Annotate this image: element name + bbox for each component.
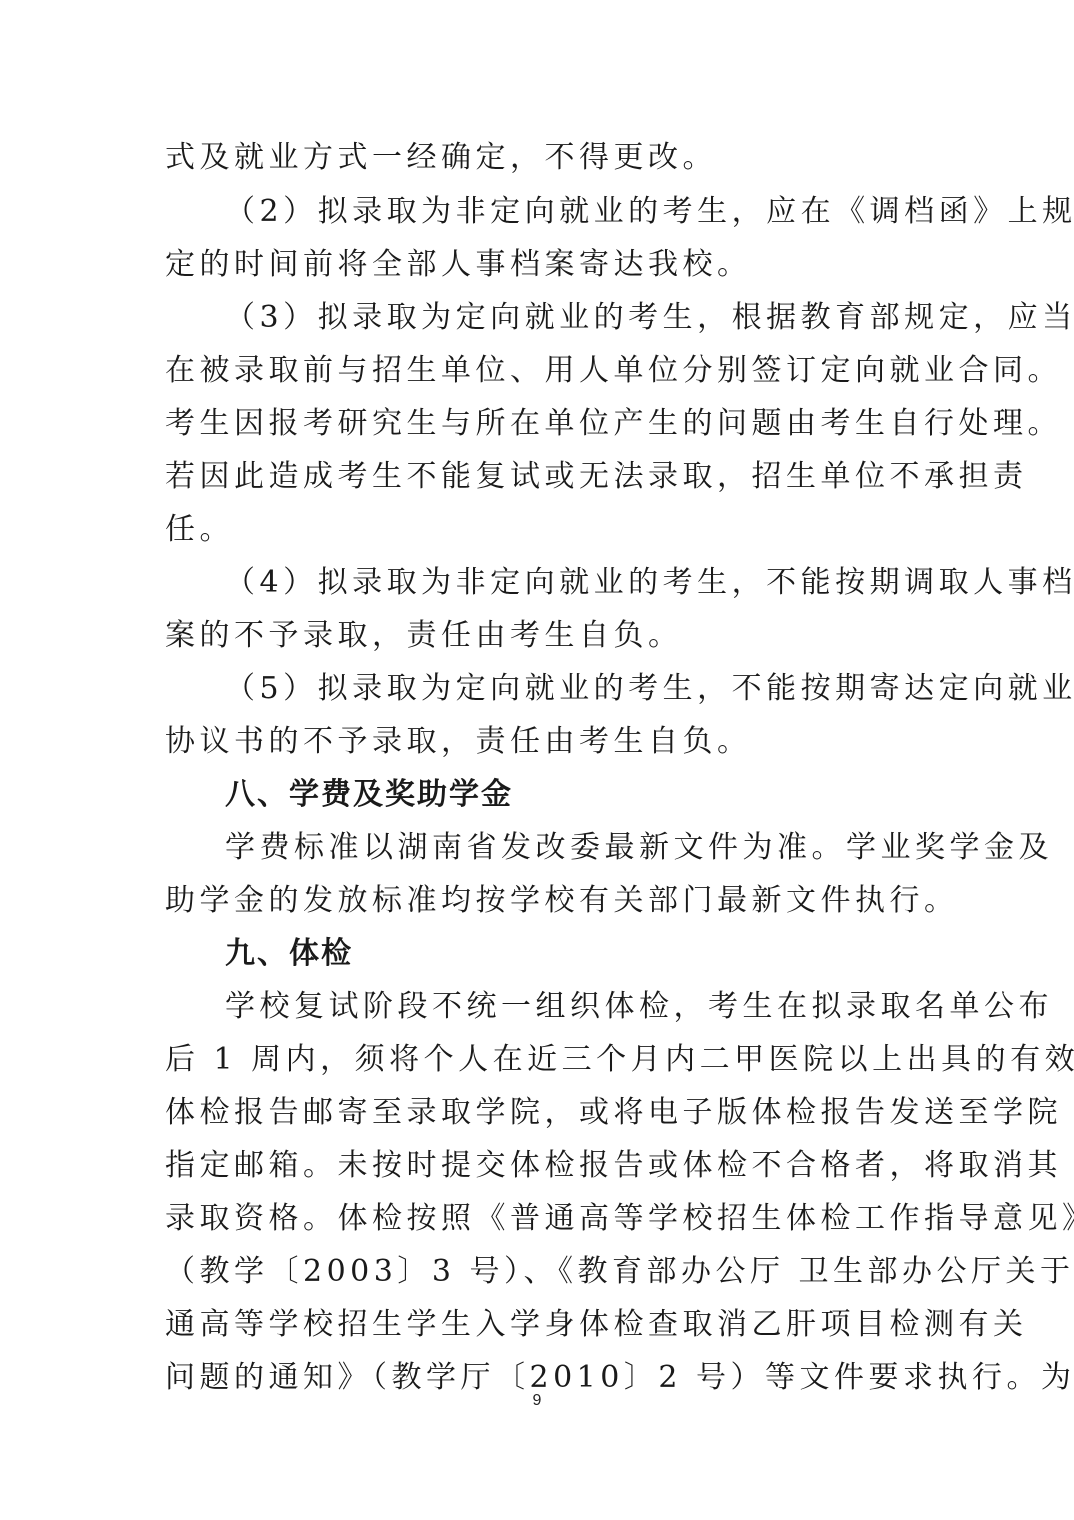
paragraph-line: 学校复试阶段不统一组织体检，考生在拟录取名单公布	[225, 987, 913, 1027]
paragraph-line: 式及就业方式一经确定，不得更改。	[165, 138, 913, 178]
paragraph-line: 学费标准以湖南省发改委最新文件为准。学业奖学金及	[225, 828, 913, 868]
paragraph-line: （2）拟录取为非定向就业的考生，应在《调档函》上规	[225, 192, 913, 232]
section-heading: 八、学费及奖助学金	[225, 775, 913, 815]
paragraph-line: 通高等学校招生学生入学身体检查取消乙肝项目检测有关	[165, 1305, 913, 1345]
page-number: 9	[0, 1392, 1074, 1410]
paragraph-line: 后 1 周内，须将个人在近三个月内二甲医院以上出具的有效	[165, 1040, 913, 1080]
paragraph-line: （4）拟录取为非定向就业的考生，不能按期调取人事档	[225, 563, 913, 603]
paragraph-line: 指定邮箱。未按时提交体检报告或体检不合格者，将取消其	[165, 1146, 913, 1186]
section-heading: 九、体检	[225, 934, 913, 974]
paragraph-line: 若因此造成考生不能复试或无法录取，招生单位不承担责	[165, 457, 913, 497]
paragraph-line: （5）拟录取为定向就业的考生，不能按期寄达定向就业	[225, 669, 913, 709]
paragraph-line: 任。	[165, 510, 913, 550]
paragraph-line: 案的不予录取，责任由考生自负。	[165, 616, 913, 656]
paragraph-line: （教学〔2003〕3 号）、《教育部办公厅 卫生部办公厅关于普	[165, 1252, 913, 1292]
paragraph-line: 定的时间前将全部人事档案寄达我校。	[165, 245, 913, 285]
paragraph-line: 协议书的不予录取，责任由考生自负。	[165, 722, 913, 762]
paragraph-line: 体检报告邮寄至录取学院，或将电子版体检报告发送至学院	[165, 1093, 913, 1133]
paragraph-line: 在被录取前与招生单位、用人单位分别签订定向就业合同。	[165, 351, 913, 391]
document-page: 式及就业方式一经确定，不得更改。（2）拟录取为非定向就业的考生，应在《调档函》上…	[0, 0, 1074, 1520]
paragraph-line: 考生因报考研究生与所在单位产生的问题由考生自行处理。	[165, 404, 913, 444]
paragraph-line: 录取资格。体检按照《普通高等学校招生体检工作指导意见》	[165, 1199, 913, 1239]
paragraph-line: 助学金的发放标准均按学校有关部门最新文件执行。	[165, 881, 913, 921]
paragraph-line: （3）拟录取为定向就业的考生，根据教育部规定，应当	[225, 298, 913, 338]
